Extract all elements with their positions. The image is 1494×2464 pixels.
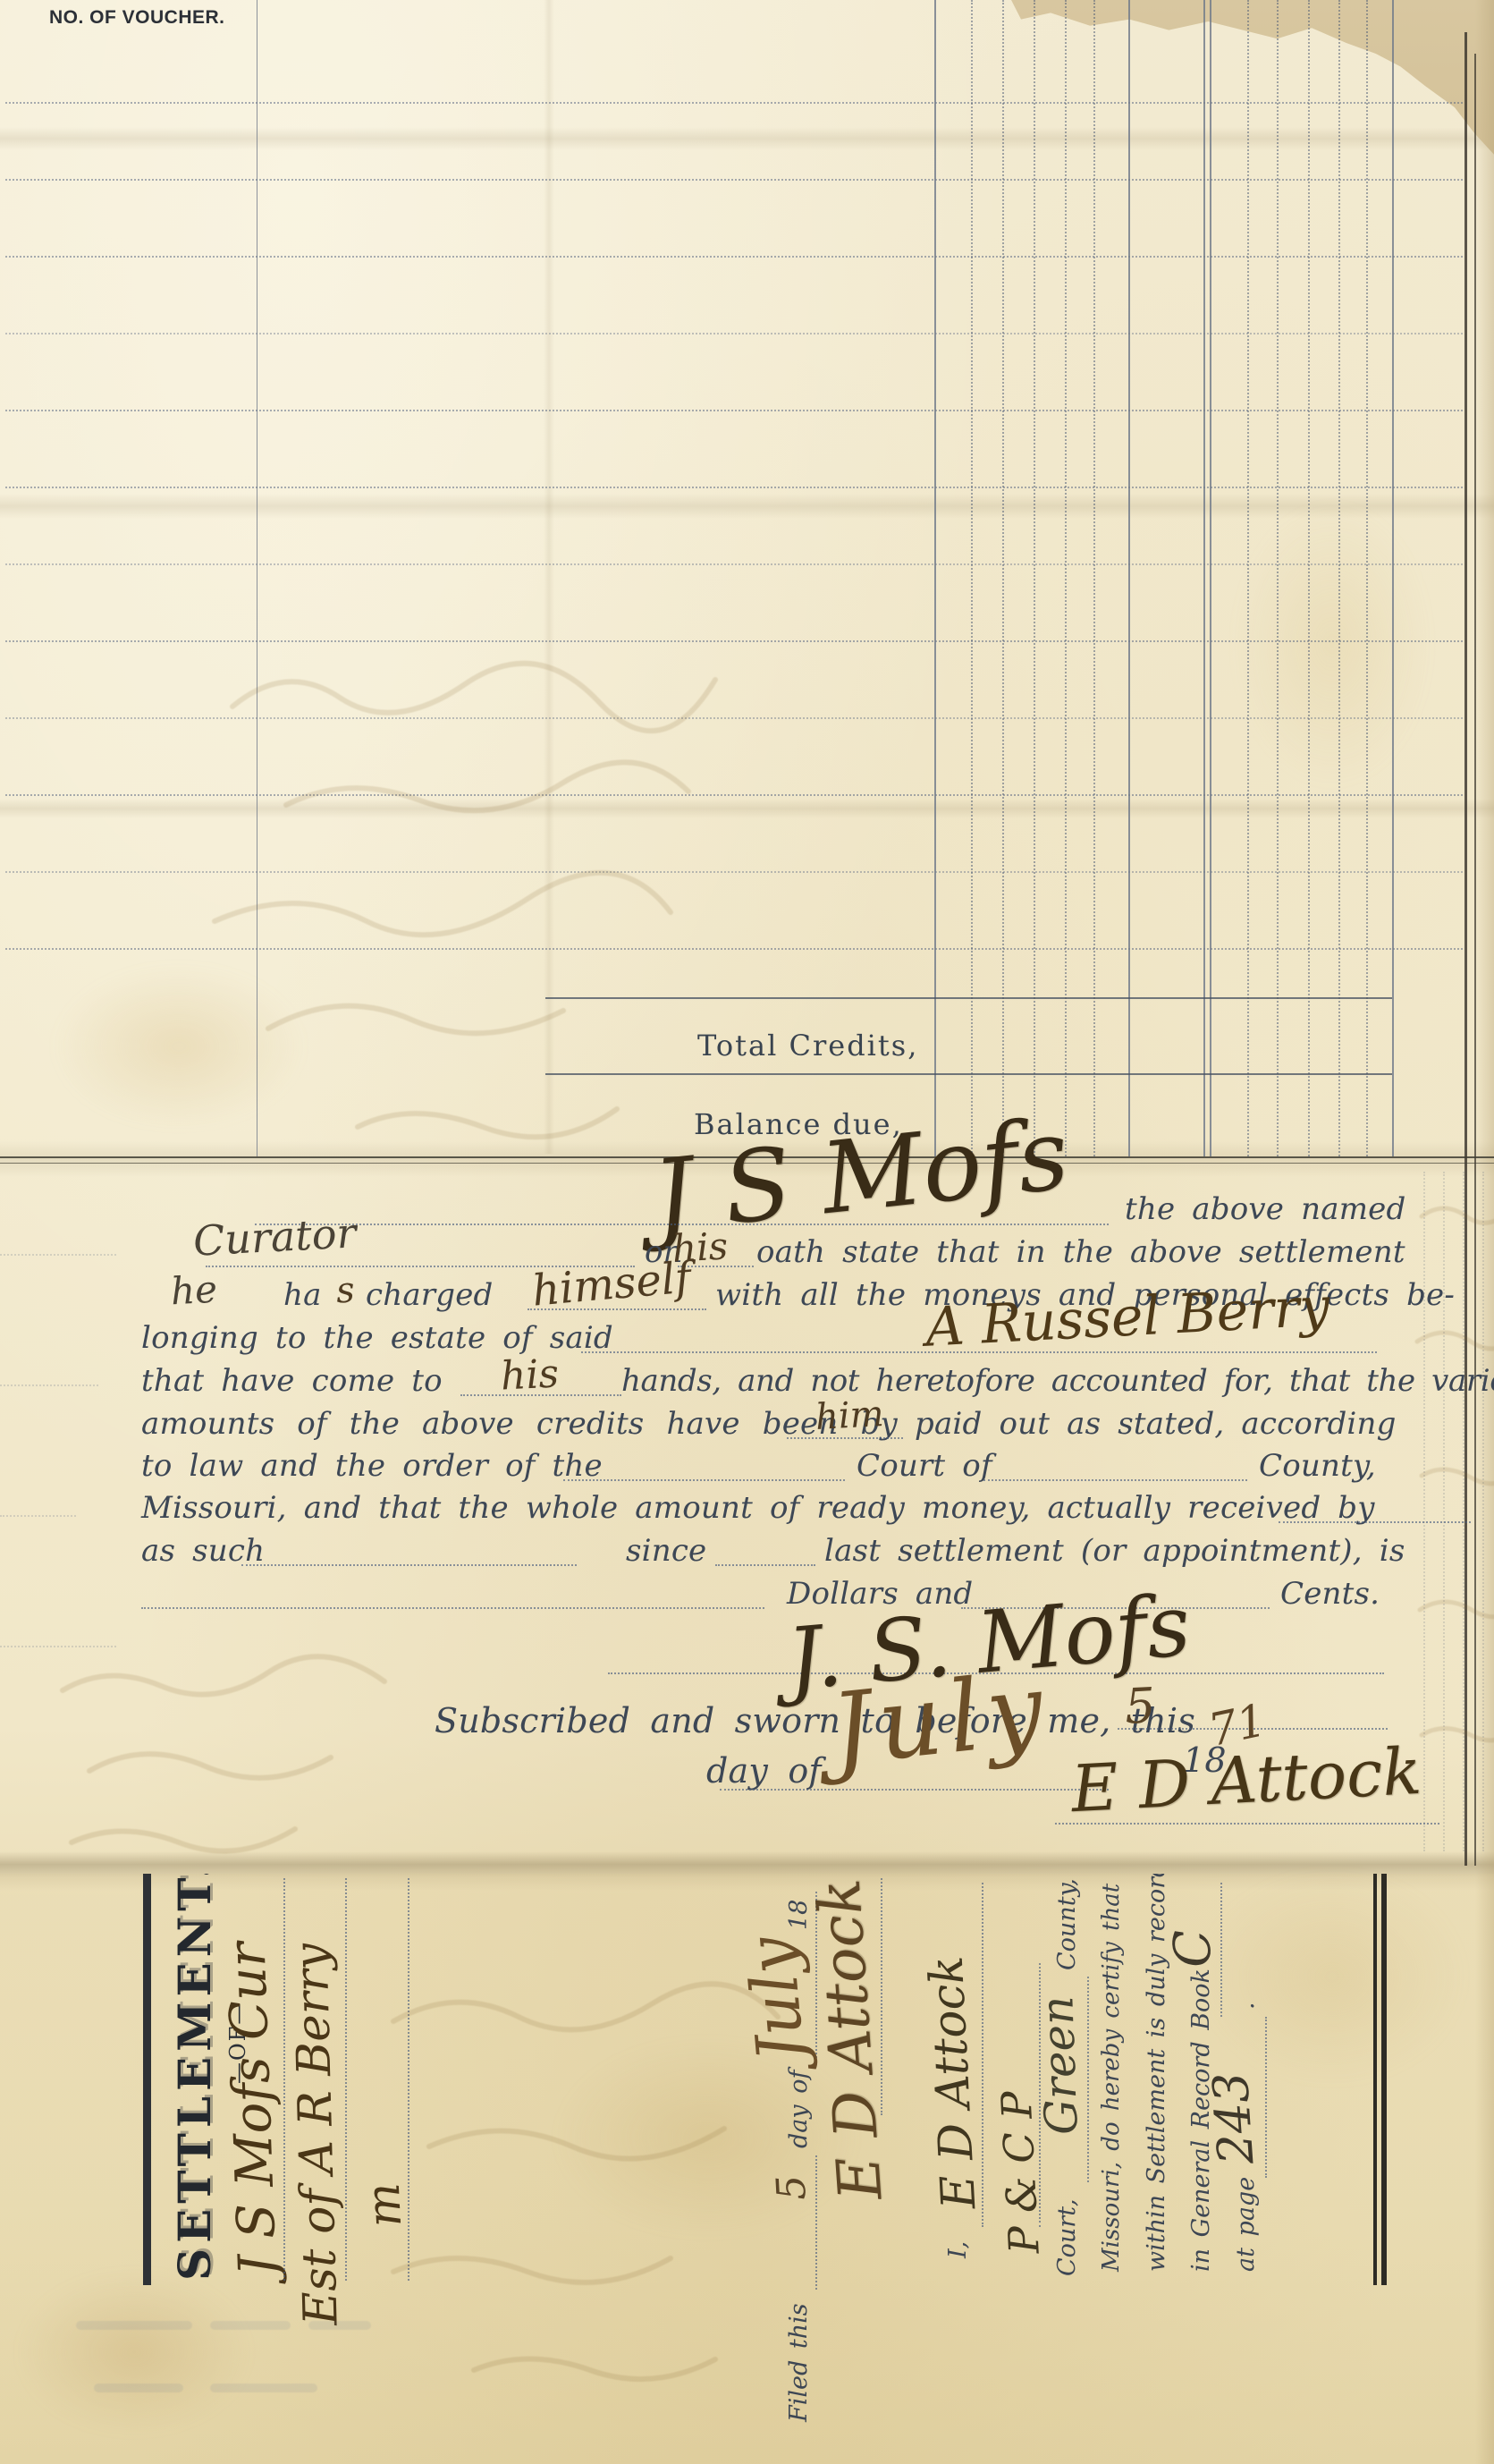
docket-handwritten-estate: Est of A R Berry: [284, 1943, 348, 2325]
voucher-column-header: NO. OF VOUCHER.: [49, 7, 225, 29]
form-blank: [720, 1789, 1109, 1791]
certificate-text: at page: [1232, 2177, 1260, 2272]
printed-text: that have come to: [141, 1363, 443, 1399]
amount-column-rule: [1308, 0, 1310, 1156]
docket-blank: [283, 1878, 285, 2281]
form-blank: [241, 1564, 577, 1566]
settlement-document-scan: NO. OF VOUCHER. Total Credits, Balance d…: [0, 0, 1494, 2464]
handwritten-entry: Curator: [192, 1208, 358, 1265]
settlement-title: SETTLEMENT.: [168, 1874, 221, 2281]
panel-bottom-rule: [1373, 1874, 1377, 2285]
handwritten-county: Green: [1031, 1995, 1087, 2136]
handwritten-entry: his: [500, 1351, 561, 1399]
notary-signature: E D Attock: [1069, 1733, 1423, 1826]
form-blank: [715, 1564, 815, 1566]
court-label: Court,: [1053, 2198, 1081, 2276]
heading-rule: [143, 1874, 151, 2285]
printed-text: hands, and not heretofore accounted for,…: [621, 1363, 1494, 1399]
printed-text: the above named: [1125, 1191, 1405, 1227]
handwritten-entry: himself: [530, 1252, 693, 1316]
amount-column-rule: [1247, 0, 1249, 1156]
printed-text: amounts of the above credits have been b…: [141, 1406, 898, 1442]
bleed-row-line: [0, 1384, 98, 1386]
paper-stain: [1234, 501, 1431, 787]
docket-blank: [1265, 2017, 1267, 2178]
printed-text: Court of: [857, 1448, 992, 1484]
amount-column-rule: [1338, 0, 1340, 1156]
printed-text: Cents.: [1280, 1576, 1380, 1612]
printed-text: since: [626, 1533, 706, 1569]
amount-column-rule: [1034, 0, 1035, 1156]
handwritten-page-number: 243: [1202, 2070, 1264, 2166]
certificate-period: .: [1232, 2002, 1260, 2010]
bleed-through-ink: [36, 1637, 447, 1869]
form-blank: [255, 1224, 1109, 1225]
form-blank: [983, 1479, 1247, 1481]
bleed-through-ink: [1395, 1181, 1494, 1807]
printed-text: County,: [1259, 1448, 1376, 1484]
printed-text: paid out as stated, according: [915, 1406, 1397, 1442]
form-blank: [141, 1607, 764, 1609]
printed-text: Missouri, and that the whole amount of r…: [141, 1490, 1375, 1526]
form-blank: [1055, 1823, 1439, 1825]
amount-column-rule: [1065, 0, 1067, 1156]
docket-handwritten-party: J S Mofs Cur: [216, 1942, 289, 2277]
form-blank: [787, 1437, 903, 1439]
handwritten-entry: he: [170, 1267, 218, 1314]
printed-text: day of: [706, 1751, 822, 1791]
printed-text: charged: [366, 1277, 494, 1313]
handwritten-day: 5: [1123, 1677, 1157, 1735]
printed-text: as such: [141, 1533, 265, 1569]
panel-bottom-rule: [1381, 1874, 1387, 2285]
amount-column-rule: [1277, 0, 1279, 1156]
docket-blank: [1087, 1977, 1089, 2182]
bleed-through-ink: [179, 626, 983, 1181]
ledger-row-line: [5, 333, 1463, 334]
amount-column-line: [1203, 0, 1205, 1156]
handwritten-record-book: C: [1163, 1927, 1223, 1969]
amount-column-rule: [1002, 0, 1004, 1156]
printed-text: Subscribed and sworn to before me, this: [435, 1701, 1195, 1740]
ledger-row-line: [5, 256, 1463, 258]
ledger-row-line: [5, 102, 1463, 104]
printed-text: longing to the estate of said: [141, 1320, 613, 1356]
handwritten-entry: him: [815, 1393, 885, 1438]
bleed-row-line: [0, 1254, 116, 1256]
handwritten-month: July: [826, 1651, 1055, 1788]
form-blank: [563, 1479, 845, 1481]
amount-column-rule: [1366, 0, 1368, 1156]
handwritten-entry: s: [335, 1269, 356, 1311]
amount-column-line: [1392, 0, 1394, 1156]
fold-crease: [0, 494, 1494, 519]
certificate-text: Missouri, do hereby certify that the: [1098, 1874, 1125, 2272]
ledger-row-line: [5, 410, 1463, 411]
printed-text: last settlement (or appointment), is: [824, 1533, 1405, 1569]
bleed-through-ink: [340, 1950, 966, 2415]
county-label: County,: [1053, 1878, 1081, 1970]
ledger-row-line: [5, 179, 1463, 181]
docket-blank: [982, 1883, 983, 2227]
printed-text: oath state that in the above settlement: [756, 1234, 1405, 1270]
bleed-row-line: [0, 1515, 76, 1517]
fold-crease: [0, 127, 1494, 150]
ledger-row-line: [5, 487, 1463, 488]
docket-blank: [1220, 1883, 1222, 2017]
printed-text: ha: [283, 1277, 322, 1313]
amount-column-line: [1210, 0, 1211, 1156]
amount-column-rule: [1093, 0, 1095, 1156]
bleed-through-ink: [54, 2272, 393, 2451]
amount-column-line: [1128, 0, 1130, 1156]
ledger-row-line: [5, 563, 1463, 565]
printed-text: to law and the order of the: [141, 1448, 603, 1484]
